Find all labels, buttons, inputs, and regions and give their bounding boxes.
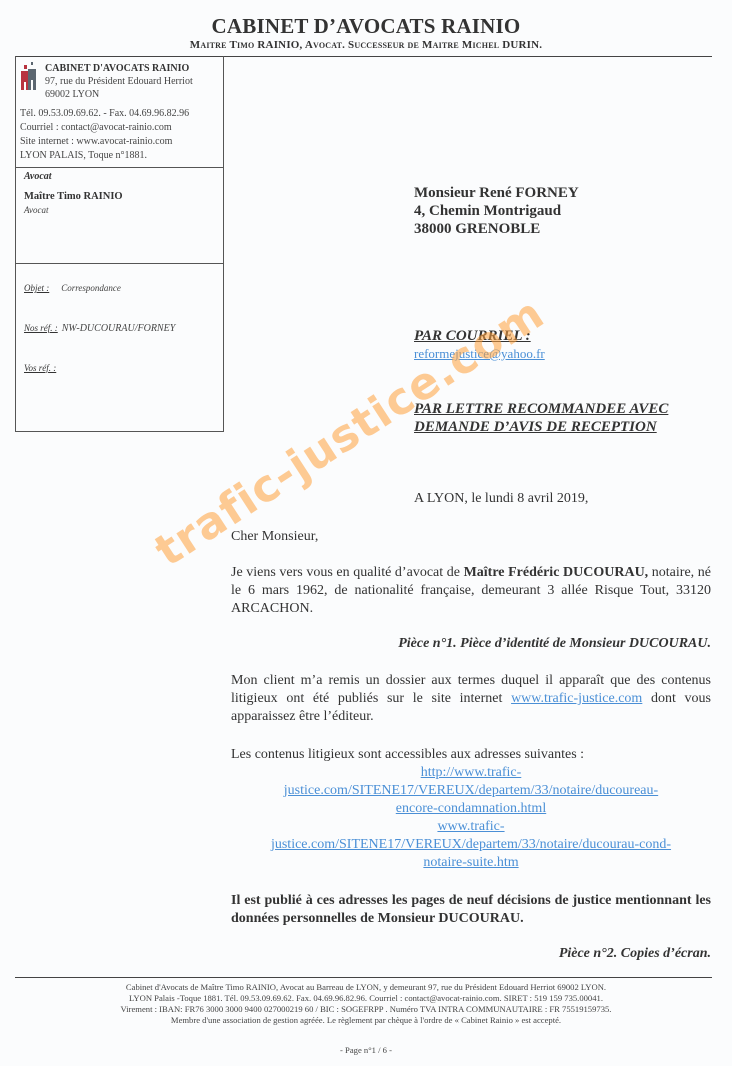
sidebar-divider	[15, 263, 224, 264]
firm-city: 69002 LYON	[45, 89, 99, 100]
nos-ref-label: Nos réf. :	[24, 323, 58, 333]
recipient-email-link[interactable]: reformejustice@yahoo.fr	[414, 346, 545, 362]
url-1-link[interactable]: http://www.trafic-	[421, 765, 522, 780]
vos-ref-label: Vos réf. :	[24, 363, 56, 373]
firm-website[interactable]: Site internet : www.avocat-rainio.com	[20, 136, 172, 147]
piece-1-reference: Pièce n°1. Pièce d’identité de Monsieur …	[398, 636, 711, 652]
footer-line: Virement : IBAN: FR76 3000 3000 9400 027…	[0, 1004, 732, 1015]
paragraph-content: Mon client m’a remis un dossier aux term…	[231, 672, 711, 726]
url-2-link[interactable]: www.trafic-	[437, 819, 504, 834]
firm-toque: LYON PALAIS, Toque n°1881.	[20, 150, 147, 161]
url-1-link[interactable]: justice.com/SITENE17/VEREUX/departem/33/…	[284, 783, 658, 798]
url-list: http://www.trafic- justice.com/SITENE17/…	[231, 764, 711, 872]
footer-line: LYON Palais -Toque 1881. Tél. 09.53.09.6…	[0, 993, 732, 1004]
paragraph-addresses: Les contenus litigieux sont accessibles …	[231, 746, 711, 764]
para1-start: Je viens vers vous en qualité d’avocat d…	[231, 565, 464, 580]
objet-row: Objet : Correspondance	[24, 278, 121, 296]
page-title: CABINET D’AVOCATS RAINIO	[0, 14, 732, 39]
footer-divider	[15, 977, 712, 978]
url-2-link[interactable]: justice.com/SITENE17/VEREUX/departem/33/…	[271, 837, 671, 852]
paragraph-decisions: Il est publié à ces adresses les pages d…	[231, 892, 711, 928]
avocat-heading: Avocat	[24, 171, 52, 182]
delivery-registered-line2: DEMANDE D’AVIS DE RECEPTION	[414, 418, 657, 436]
objet-label: Objet :	[24, 283, 49, 293]
nos-ref-row: Nos réf. : NW-DUCOURAU/FORNEY	[24, 318, 175, 336]
sidebar-divider	[15, 167, 224, 168]
footer-line: Membre d'une association de gestion agré…	[0, 1015, 732, 1026]
salutation: Cher Monsieur,	[231, 528, 711, 546]
url-1-link[interactable]: encore-condamnation.html	[396, 801, 546, 816]
firm-logo-icon	[19, 62, 39, 90]
piece-2-reference: Pièce n°2. Copies d’écran.	[559, 946, 711, 962]
recipient-name: Monsieur René FORNEY	[414, 184, 579, 202]
page-number: - Page n°1 / 6 -	[0, 1045, 732, 1055]
lawyer-role: Avocat	[24, 205, 49, 215]
firm-address: 97, rue du Président Edouard Herriot	[45, 76, 193, 87]
url-2-link[interactable]: notaire-suite.htm	[423, 855, 518, 870]
footer-line: Cabinet d'Avocats de Maître Timo RAINIO,…	[0, 982, 732, 993]
firm-phone-fax: Tél. 09.53.09.69.62. - Fax. 04.69.96.82.…	[20, 108, 189, 119]
website-link[interactable]: www.trafic-justice.com	[511, 691, 642, 706]
delivery-registered-line1: PAR LETTRE RECOMMANDEE AVEC	[414, 400, 668, 418]
page-subtitle: Maitre Timo RAINIO, Avocat. Successeur d…	[0, 39, 732, 51]
letter-date: A LYON, le lundi 8 avril 2019,	[414, 491, 588, 507]
recipient-street: 4, Chemin Montrigaud	[414, 202, 561, 220]
delivery-email-heading: PAR COURRIEL :	[414, 327, 531, 345]
nos-ref-value: NW-DUCOURAU/FORNEY	[62, 323, 176, 334]
recipient-city: 38000 GRENOBLE	[414, 220, 540, 238]
paragraph-intro: Je viens vers vous en qualité d’avocat d…	[231, 564, 711, 618]
vos-ref-row: Vos réf. :	[24, 358, 56, 376]
firm-name: CABINET D'AVOCATS RAINIO	[45, 63, 189, 74]
footer: Cabinet d'Avocats de Maître Timo RAINIO,…	[0, 982, 732, 1026]
client-name: Maître Frédéric DUCOURAU,	[464, 565, 649, 580]
objet-value: Correspondance	[61, 283, 121, 293]
firm-email[interactable]: Courriel : contact@avocat-rainio.com	[20, 122, 172, 133]
lawyer-name: Maître Timo RAINIO	[24, 191, 123, 202]
